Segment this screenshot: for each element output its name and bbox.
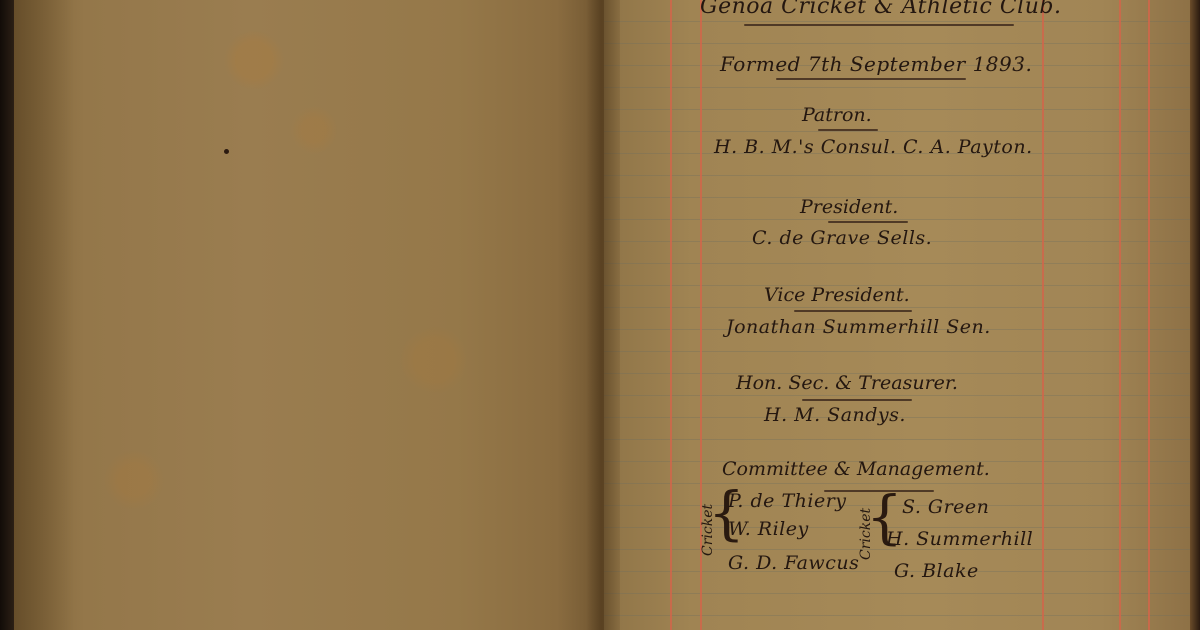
book-cover-edge-right — [1190, 0, 1200, 630]
vice-president-name: Jonathan Summerhill Sen. — [726, 316, 991, 338]
section-heading-president: President. — [800, 196, 898, 218]
committee-member: G. D. Fawcus — [728, 552, 859, 574]
patron-name: H. B. M.'s Consul. C. A. Payton. — [714, 136, 1033, 158]
formed-date: Formed 7th September 1893. — [720, 52, 1032, 76]
hon-sec-treasurer-name: H. M. Sandys. — [764, 404, 906, 426]
committee-member: S. Green — [902, 496, 989, 518]
patron-underline — [818, 129, 878, 131]
committee-member: W. Riley — [728, 518, 809, 540]
section-heading-patron: Patron. — [802, 104, 872, 126]
section-heading-hon-sec-treasurer: Hon. Sec. & Treasurer. — [736, 372, 958, 394]
section-heading-vice-president: Vice President. — [764, 284, 910, 306]
president-name: C. de Grave Sells. — [752, 227, 932, 249]
ledger-content: Genoa Cricket & Athletic Club. Formed 7t… — [604, 0, 1190, 630]
committee-member: P. de Thiery — [728, 490, 847, 512]
club-title: Genoa Cricket & Athletic Club. — [700, 0, 1061, 19]
ink-spot — [224, 149, 229, 154]
president-underline — [828, 221, 908, 223]
title-underline — [744, 24, 1014, 26]
formed-underline — [776, 78, 966, 80]
page-shadow — [14, 0, 74, 630]
committee-member: H. Summerhill — [886, 528, 1033, 550]
left-page-blank — [14, 0, 604, 630]
section-heading-committee: Committee & Management. — [722, 458, 990, 480]
committee-member: G. Blake — [894, 560, 979, 582]
hon-sec-underline — [802, 399, 912, 401]
vice-president-underline — [794, 310, 912, 312]
